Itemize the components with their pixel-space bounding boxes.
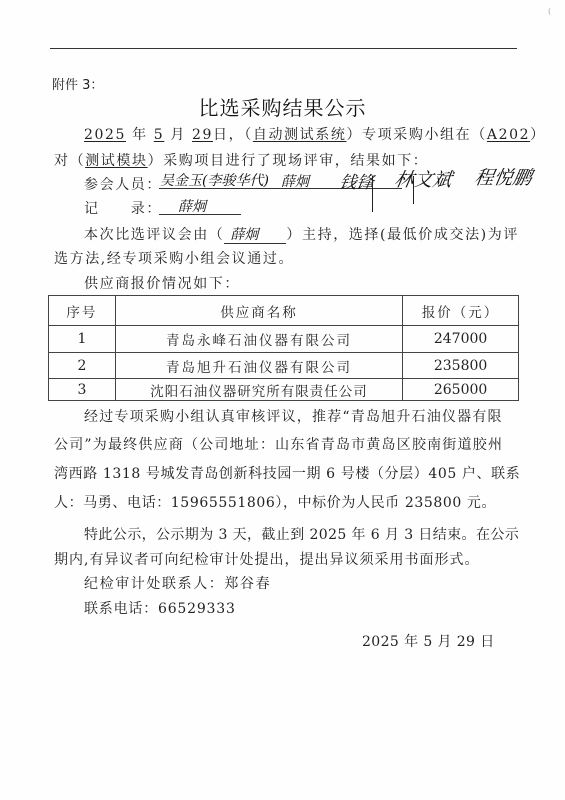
row-no: 3	[49, 379, 116, 401]
signature-1: 吴金玉(李骏华代)	[160, 170, 269, 190]
day-suffix: 日，（	[213, 127, 253, 143]
table-row: 1 青岛永峰石油仪器有限公司 247000	[49, 326, 519, 353]
notice-line-1: 特此公示，公示期为 3 天，截止到 2025 年 6 月 3 日结束。在公示	[84, 524, 519, 544]
room-close: ）	[530, 127, 546, 143]
quotes-intro: 供应商报价情况如下：	[84, 273, 240, 293]
signature-stroke	[413, 176, 414, 204]
scan-mark: (	[548, 7, 551, 16]
line2-suffix: ）采购项目进行了现场评审，结果如下：	[148, 153, 429, 169]
signature-5: 程悦鹏	[473, 163, 535, 190]
intro-month: 5	[154, 127, 165, 143]
header-rule	[50, 48, 517, 49]
signature-4: 林文斌	[393, 165, 455, 192]
header-supplier: 供应商名称	[115, 296, 402, 326]
intro-day: 29	[192, 127, 213, 143]
attachment-label: 附件 3：	[52, 74, 103, 93]
row-supplier: 青岛永峰石油仪器有限公司	[115, 326, 402, 353]
notice-line-2: 期内,有异议者可向纪检审计处提出，提出异议须采用书面形式。	[54, 549, 479, 569]
intro-year: 2025	[84, 127, 126, 143]
header-price: 报价（元）	[403, 296, 519, 326]
year-suffix: 年	[132, 127, 148, 143]
line2-prefix: 对（	[54, 153, 85, 169]
signature-stroke	[372, 176, 373, 212]
group-text: ）专项采购小组在（	[346, 127, 486, 143]
recommendation-line-1: 经过专项采购小组认真审核评议，推荐“青岛旭升石油仪器有限	[84, 406, 503, 426]
module-name: 测试模块	[85, 153, 147, 169]
room-number: A202	[487, 127, 530, 143]
contact-phone: 联系电话：66529333	[84, 598, 236, 618]
recorder-signature: 薛炯	[178, 196, 206, 216]
row-price: 265000	[403, 379, 519, 401]
footer-date: 2025 年 5 月 29 日	[362, 631, 495, 651]
table-row: 2 青岛旭升石油仪器有限公司 235800	[49, 353, 519, 379]
row-price: 235800	[403, 353, 519, 379]
recommendation-line-3: 湾西路 1318 号城发青岛创新科技园一期 6 号楼（分层）405 户、联系	[54, 463, 520, 483]
host-field: 薛炯	[224, 227, 286, 244]
method-line-1: 本次比选评议会由（薛炯 ）主持，选择(最低价成交法)为评	[84, 224, 519, 244]
quotes-table: 序号 供应商名称 报价（元） 1 青岛永峰石油仪器有限公司 247000 2 青…	[48, 295, 519, 401]
contact-person: 纪检审计处联系人：郑谷春	[84, 573, 271, 593]
row-supplier: 沈阳石油仪器研究所有限责任公司	[115, 379, 402, 401]
system-name: 自动测试系统	[253, 127, 347, 143]
header-no: 序号	[49, 296, 116, 326]
signature-3: 钱锋	[338, 168, 376, 193]
host-signature: 薛炯	[230, 224, 258, 244]
table-header-row: 序号 供应商名称 报价（元）	[49, 296, 519, 326]
recorder-label: 记 录：	[84, 201, 162, 217]
method-line-2: 选方法,经专项采购小组会议通过。	[54, 248, 294, 268]
participants-row: 参会人员：	[84, 174, 162, 194]
table-row: 3 沈阳石油仪器研究所有限责任公司 265000	[49, 379, 519, 401]
row-price: 247000	[403, 326, 519, 353]
participants-label: 参会人员：	[84, 177, 162, 193]
method-suffix: ）主持，选择(最低价成交法)为评	[286, 227, 519, 243]
method-prefix: 本次比选评议会由（	[84, 227, 224, 243]
intro-line-1: 2025 年 5 月 29日，（自动测试系统）专项采购小组在（A202）	[84, 124, 546, 144]
row-no: 2	[49, 353, 116, 379]
month-suffix: 月	[170, 127, 186, 143]
row-no: 1	[49, 326, 116, 353]
page-title: 比选采购结果公示	[0, 92, 565, 121]
recommendation-line-4: 人：马勇、电话：15965551806），中标价为人民币 235800 元。	[54, 492, 496, 512]
recommendation-line-2: 公司”为最终供应商（公司地址：山东省青岛市黄岛区胶南街道胶州	[54, 434, 503, 454]
row-supplier: 青岛旭升石油仪器有限公司	[115, 353, 402, 379]
signature-2: 薛炯	[281, 171, 309, 191]
intro-line-2: 对（测试模块）采购项目进行了现场评审，结果如下：	[54, 150, 428, 170]
recorder-row: 记 录：	[84, 198, 162, 218]
